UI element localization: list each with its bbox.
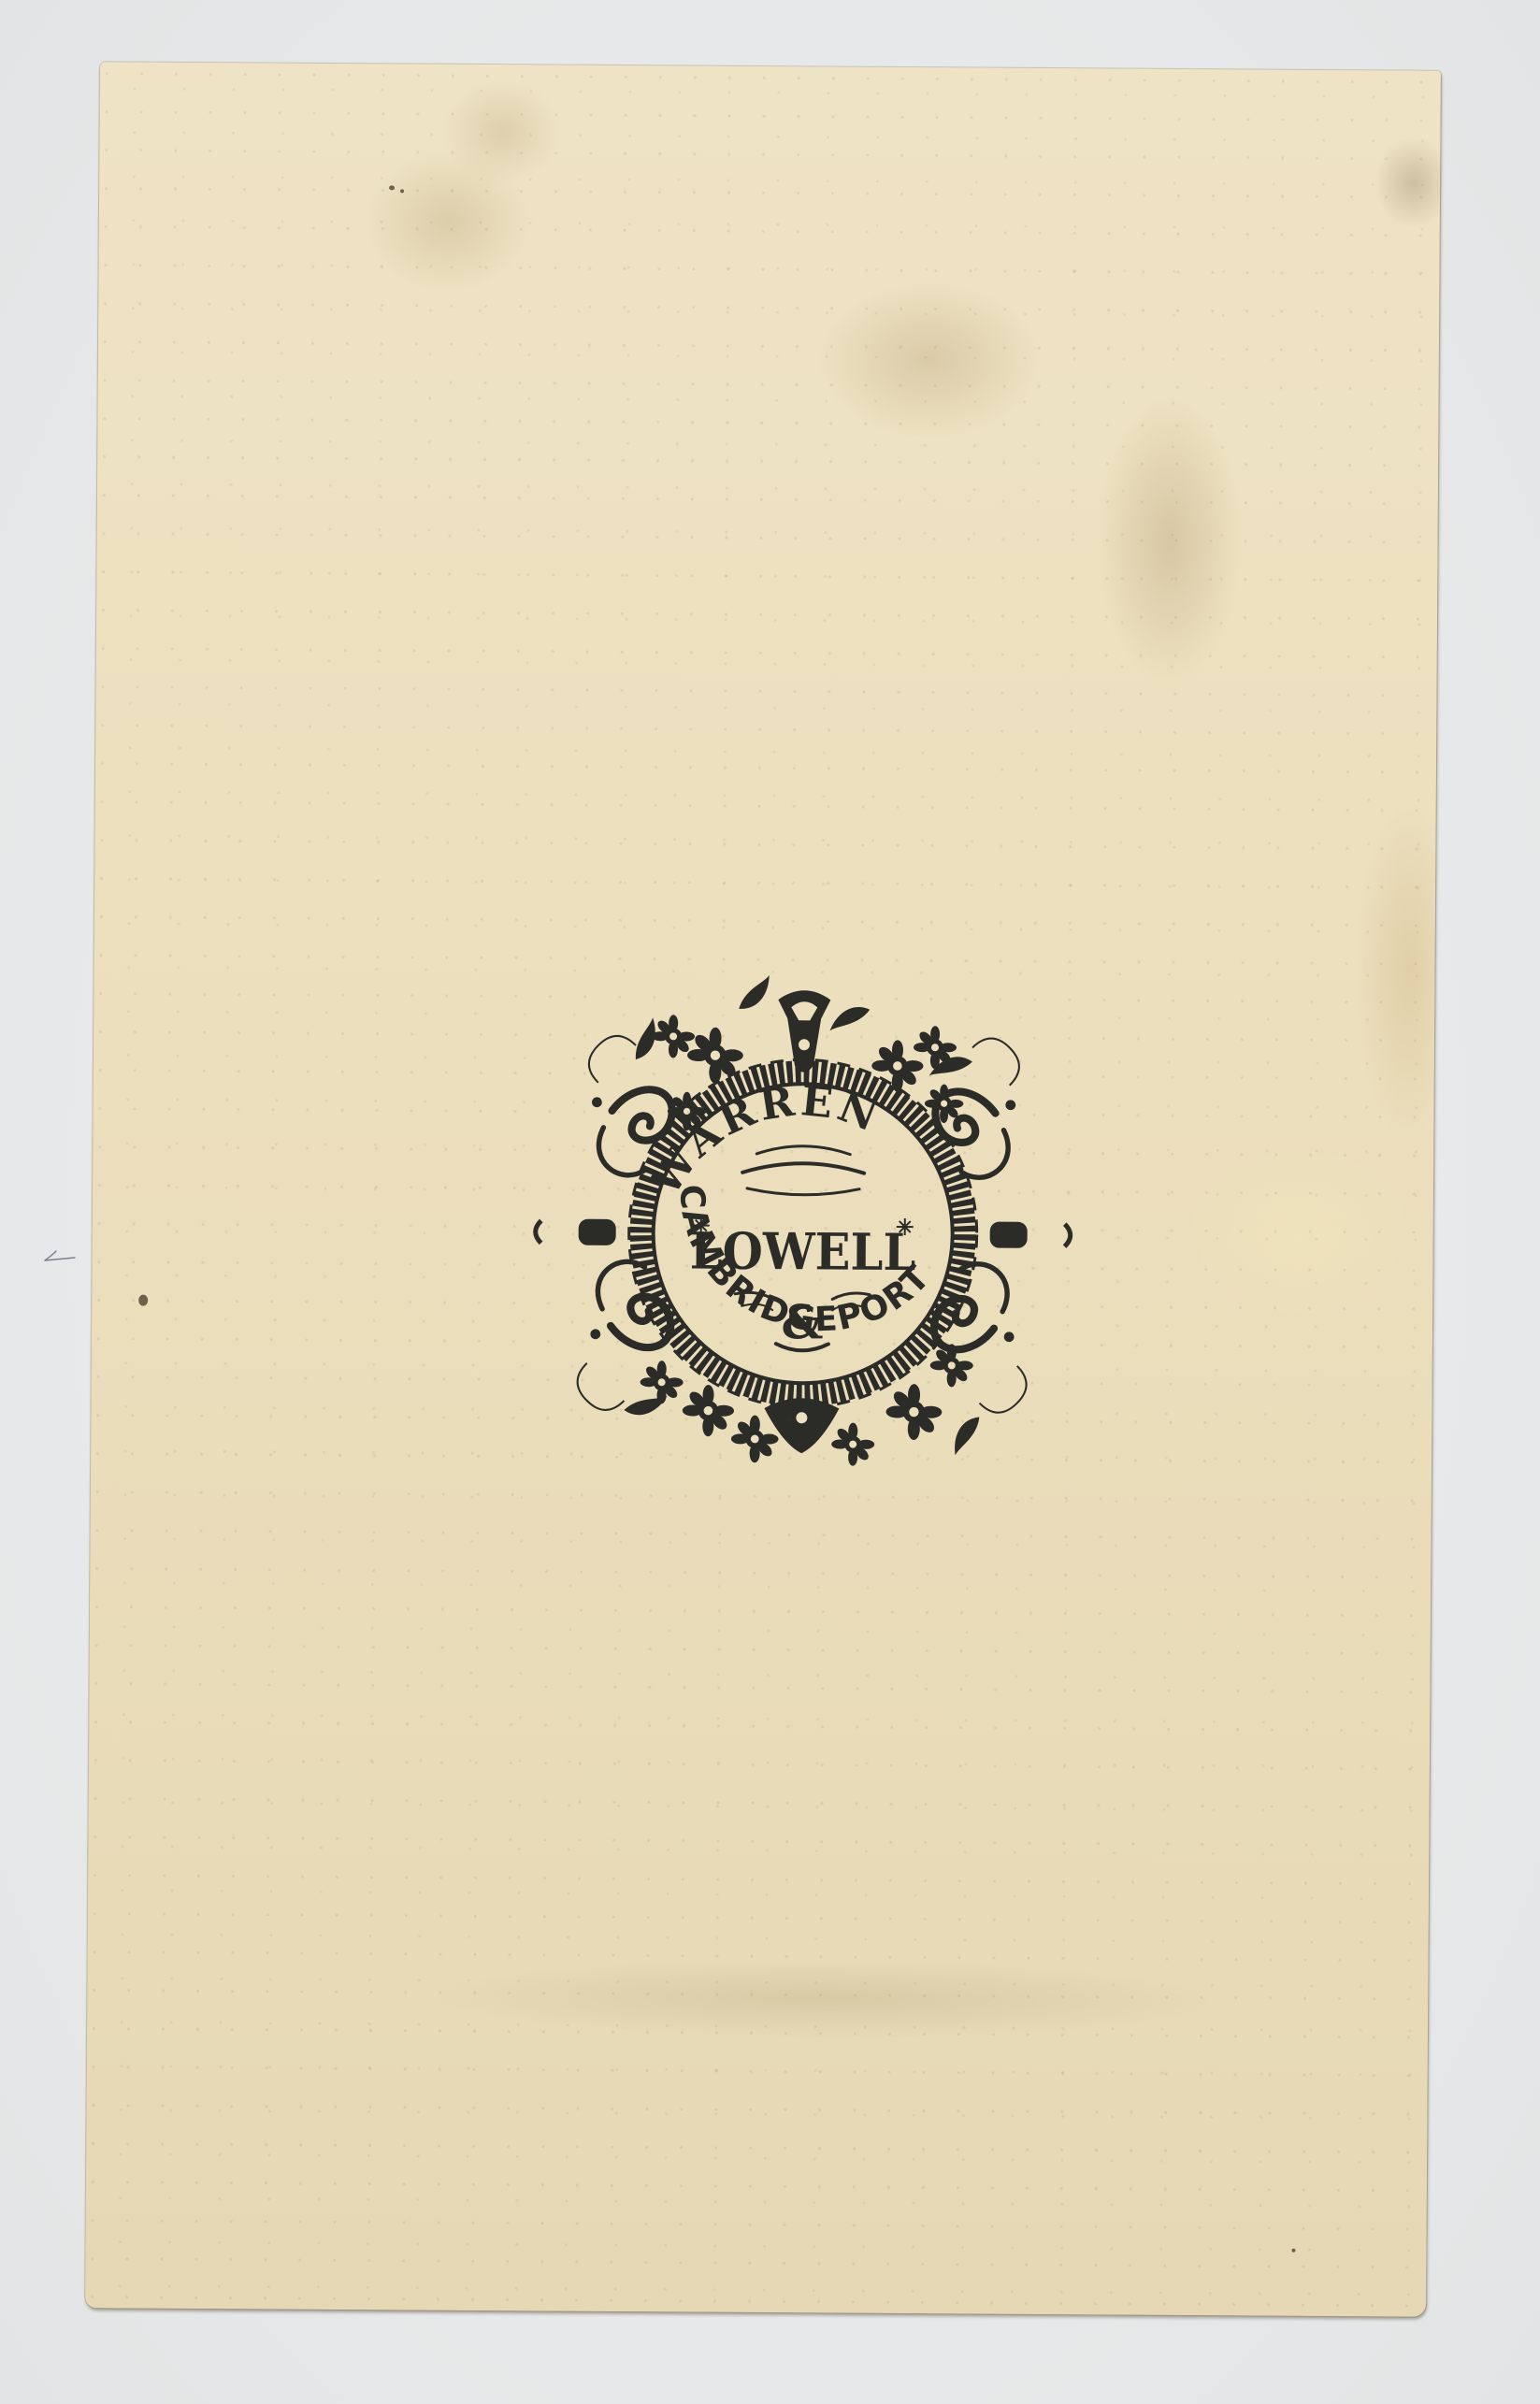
backstamp-graphic: WARREN LOWELL & CAMBRIDGEPORT — [521, 970, 1086, 1497]
photographer-backstamp: WARREN LOWELL & CAMBRIDGEPORT — [521, 970, 1086, 1497]
speck — [1291, 2249, 1295, 2253]
speck — [389, 185, 395, 190]
speck — [138, 1295, 148, 1306]
speck — [400, 189, 404, 193]
photo-card-back: WARREN LOWELL & CAMBRIDGEPORT — [85, 62, 1441, 2316]
pen-mark — [43, 1249, 77, 1264]
